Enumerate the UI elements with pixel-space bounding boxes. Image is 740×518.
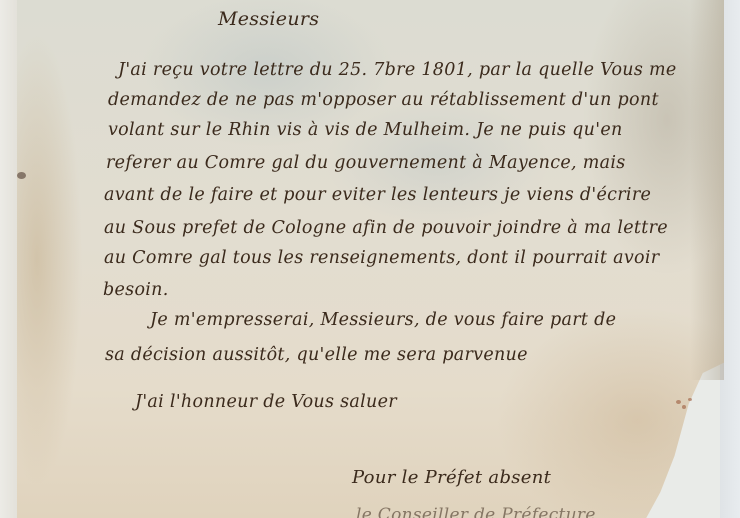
letter-line: avant de le faire et pour eviter les len… <box>104 185 651 205</box>
letter-line: besoin. <box>103 280 169 300</box>
paper-stain <box>690 0 724 380</box>
salutation: Messieurs <box>218 8 319 30</box>
letter-line: demandez de ne pas m'opposer au rétablis… <box>108 90 659 110</box>
ink-blot <box>17 172 26 179</box>
letter-line: au Sous prefet de Cologne afin de pouvoi… <box>104 218 668 238</box>
foxing-spot <box>676 400 681 404</box>
letter-line: Je m'empresserai, Messieurs, de vous fai… <box>150 310 616 330</box>
mounting-board-left <box>0 0 17 518</box>
closing: J'ai l'honneur de Vous saluer <box>135 392 397 412</box>
foxing-spot <box>688 398 692 401</box>
letter-line: volant sur le Rhin vis à vis de Mulheim.… <box>108 120 623 140</box>
foxing-spot <box>682 405 686 409</box>
letter-line: au Comre gal tous les renseignements, do… <box>104 248 659 268</box>
letter-line: sa décision aussitôt, qu'elle me sera pa… <box>105 345 528 365</box>
cutoff-line: le Conseiller de Préfecture <box>356 505 596 518</box>
letter-line: J'ai reçu votre lettre du 25. 7bre 1801,… <box>118 60 677 80</box>
signature-line: Pour le Préfet absent <box>352 467 551 488</box>
letter-line: referer au Comre gal du gouvernement à M… <box>106 153 626 173</box>
